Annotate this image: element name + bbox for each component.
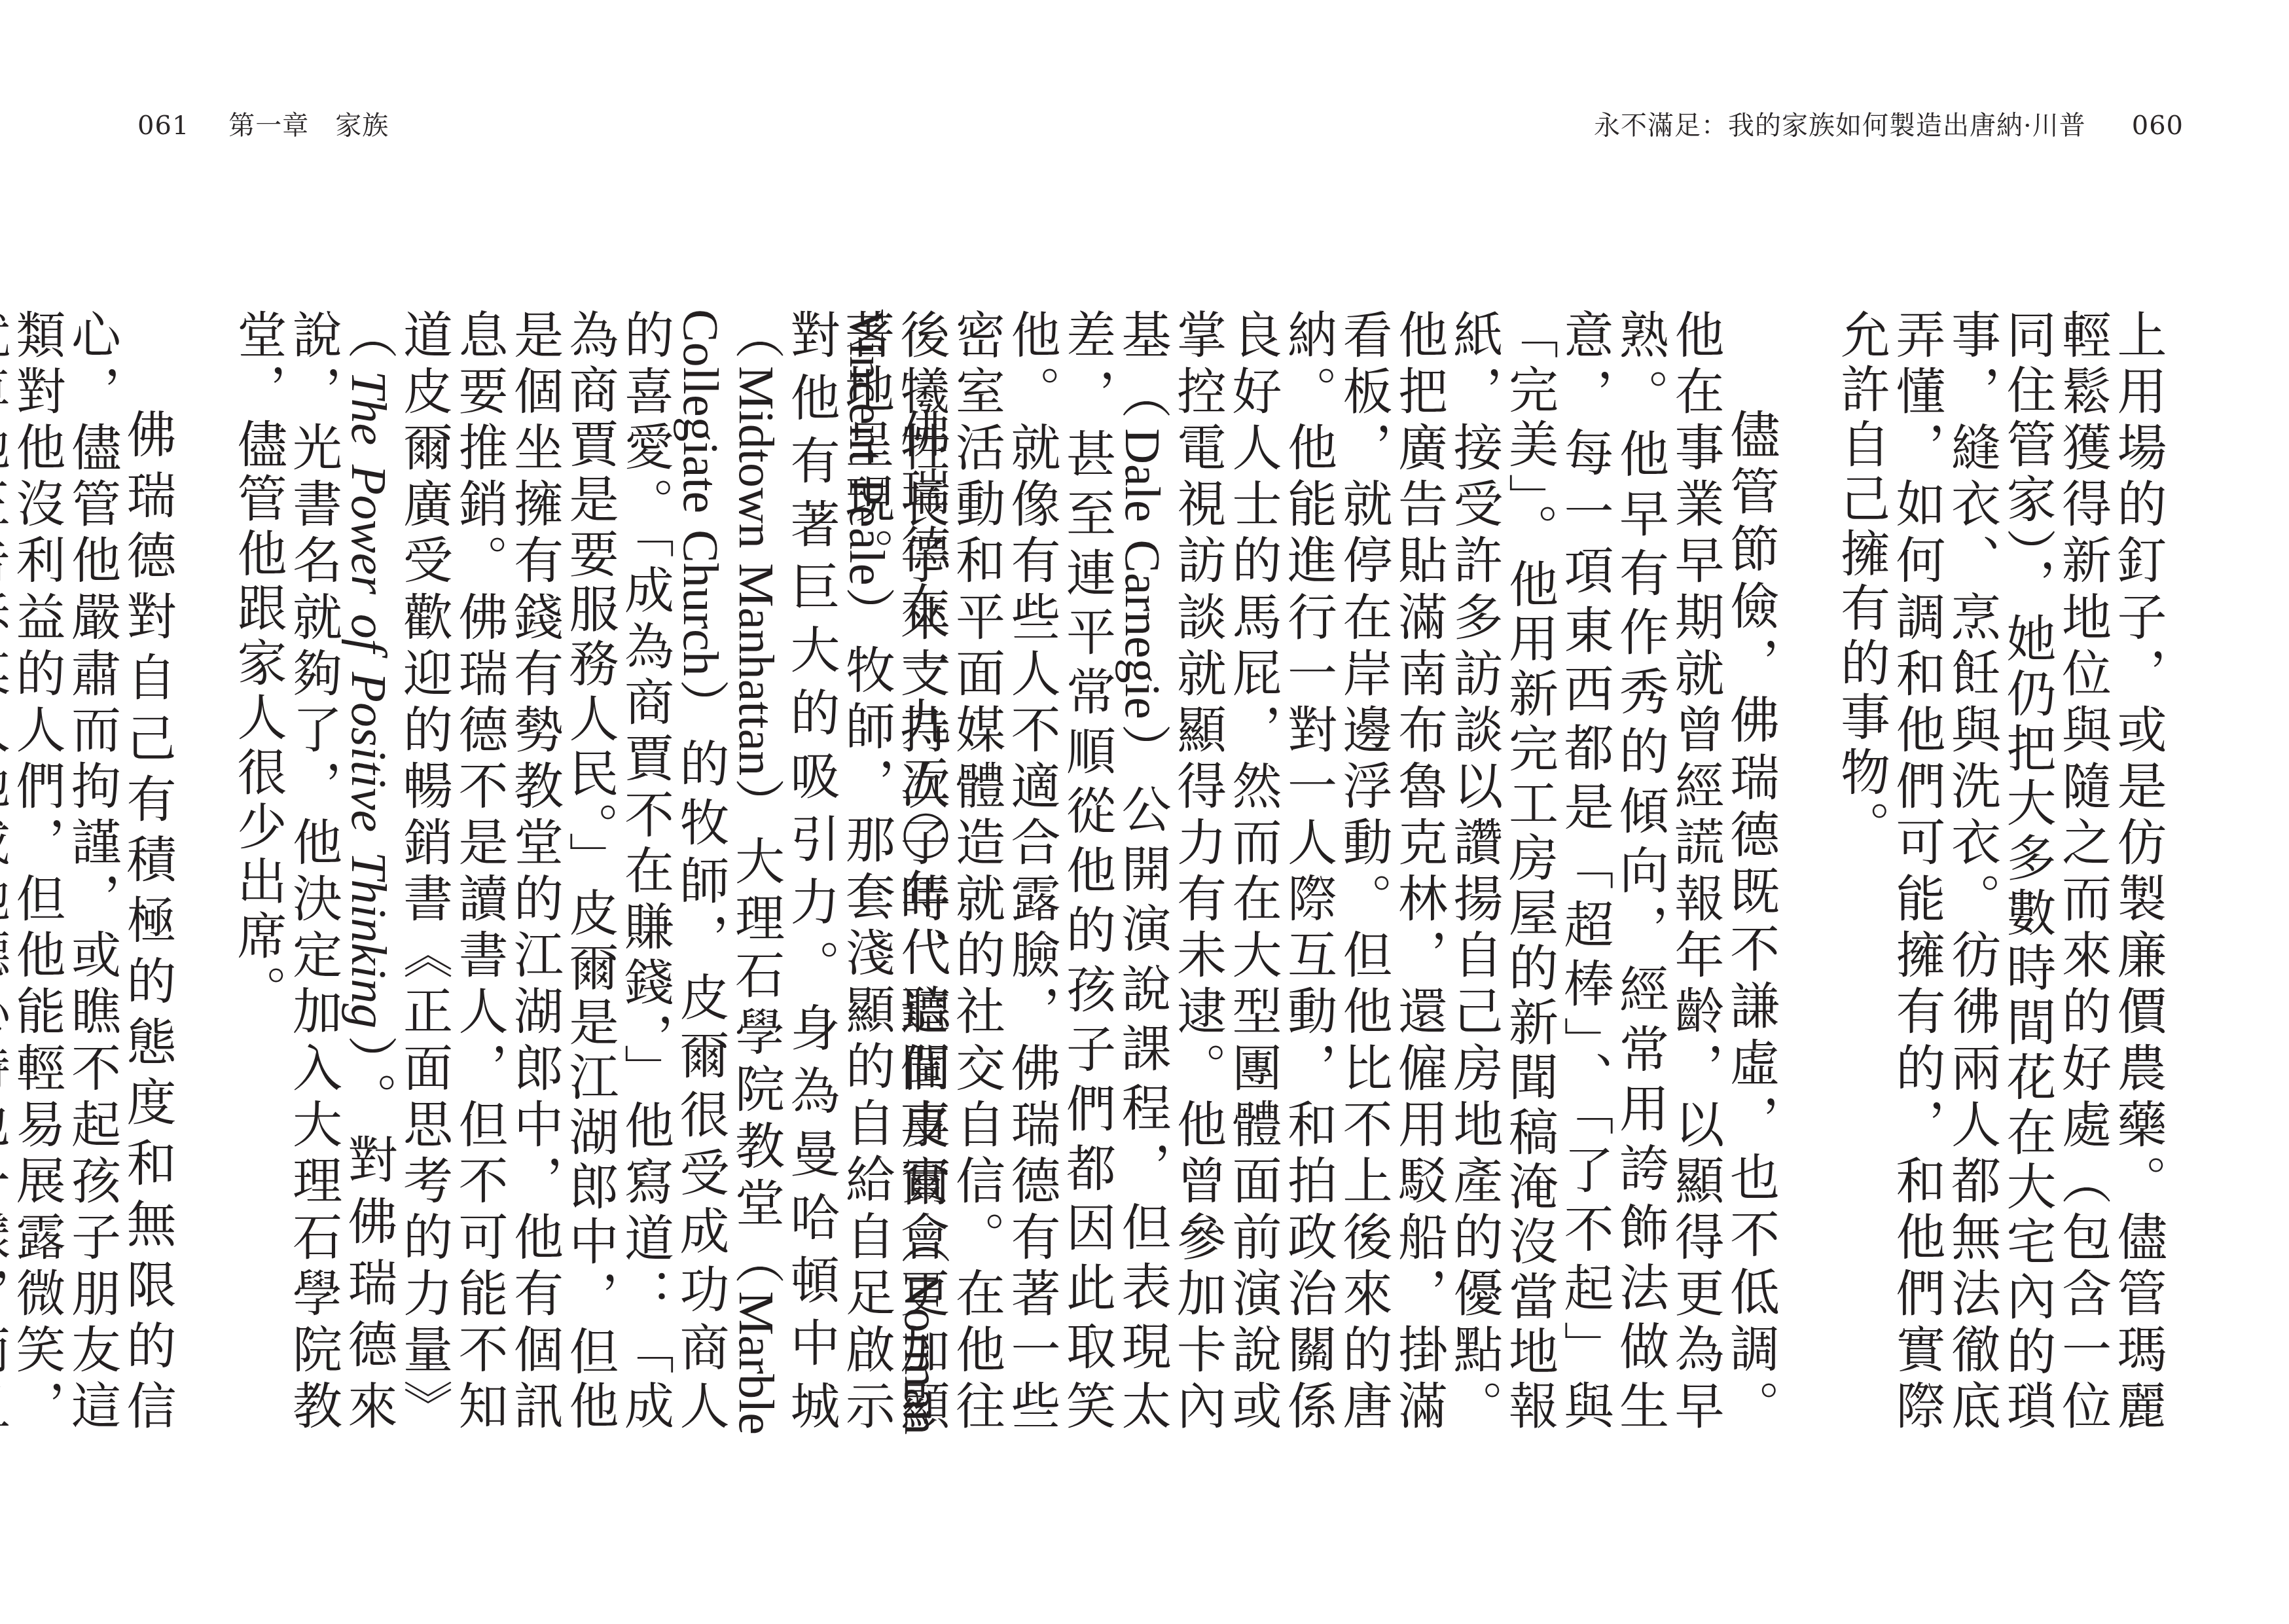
left-page-number: 061 xyxy=(137,111,189,141)
paragraph: 上用場的釘子，或是仿製廉價農藥。儘管瑪麗輕鬆獲得新地位與隨之而來的好處（包含一位… xyxy=(1833,309,2165,1435)
right-page-number: 060 xyxy=(2132,111,2184,141)
left-page-body: 佛瑞德在一九五〇年代聽聞皮爾（Norman Vincent Peale）牧師，那… xyxy=(0,309,949,1435)
right-running-head: 永不滿足：我的家族如何製造出唐納·川普060 xyxy=(1594,105,2184,142)
left-running-head: 061第一章家族 xyxy=(137,105,389,142)
book-title: 永不滿足：我的家族如何製造出唐納·川普 xyxy=(1594,111,2086,141)
chapter-label: 第一章 xyxy=(228,111,309,141)
text-run: ）的牧師，皮爾很受成功商人的喜愛。「成為商賈不在賺錢，」他寫道：「成為商賈是要服… xyxy=(340,309,730,1435)
book-title-latin: The Power of Positive Thinking xyxy=(341,370,396,1028)
chapter-title: 家族 xyxy=(335,111,389,141)
paragraph-gap xyxy=(175,309,230,1435)
paragraph-gap xyxy=(1778,309,1834,1435)
latin-term: Dale Carnegie xyxy=(1115,428,1170,719)
latin-term: Midtown Manhattan xyxy=(729,366,784,776)
text-run: 佛瑞德對自己有積極的態度和無限的信心，儘管他嚴肅而拘謹，或瞧不起孩子朋友這類對他… xyxy=(0,309,177,1435)
paragraph: 佛瑞德對自己有積極的態度和無限的信心，儘管他嚴肅而拘謹，或瞧不起孩子朋友這類對他… xyxy=(0,309,175,1435)
right-page-body: 上用場的釘子，或是仿製廉價農藥。儘管瑪麗輕鬆獲得新地位與隨之而來的好處（包含一位… xyxy=(838,309,2165,1435)
text-run: 佛瑞德在一九五〇年代聽聞皮爾（ xyxy=(893,408,951,1272)
text-run: ）大理石學院教堂（ xyxy=(727,776,785,1291)
paragraph: 儘管節儉，佛瑞德既不謙虛，也不低調。他在事業早期就曾經謊報年齡，以顯得更為早熟。… xyxy=(838,309,1778,1435)
text-run: 儘管節儉，佛瑞德既不謙虛，也不低調。他在事業早期就曾經謊報年齡，以顯得更為早熟。… xyxy=(1113,309,1780,1435)
text-run: 上用場的釘子，或是仿製廉價農藥。儘管瑪麗輕鬆獲得新地位與隨之而來的好處（包含一位… xyxy=(1833,309,2168,1435)
paragraph: 佛瑞德在一九五〇年代聽聞皮爾（Norman Vincent Peale）牧師，那… xyxy=(230,309,950,1435)
